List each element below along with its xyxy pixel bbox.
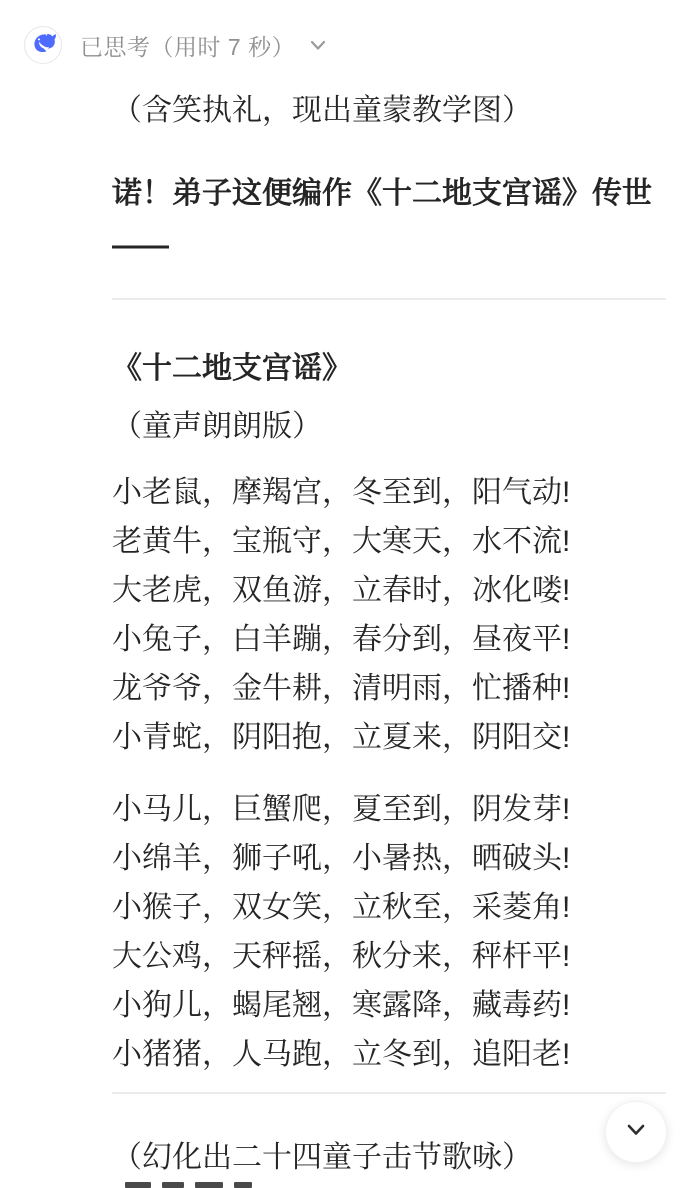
thought-status-label: 已思考（用时 7 秒） — [80, 29, 295, 62]
poem-line: 小马儿，巨蟹爬，夏至到，阴发芽! — [112, 785, 570, 834]
clipped-next-line-fragments — [125, 1182, 252, 1188]
thought-status-toggle[interactable]: 已思考（用时 7 秒） — [80, 29, 329, 62]
poem-line: 小青蛇，阴阳抱，立夏来，阴阳交! — [112, 713, 570, 762]
poem-line: 小猴子，双女笑，立秋至，采菱角! — [112, 883, 570, 932]
poem-line: 小绵羊，狮子吼，小暑热，晒破头! — [112, 834, 570, 883]
poem-line: 龙爷爷，金牛耕，清明雨，忙播种! — [112, 664, 570, 713]
poem-line: 小兔子，白羊蹦，春分到，昼夜平! — [112, 615, 570, 664]
thought-header: 已思考（用时 7 秒） — [24, 26, 329, 64]
section-divider — [112, 1092, 666, 1094]
poem-line: 大老虎，双鱼游，立春时，冰化喽! — [112, 566, 570, 615]
intro-line-1: 诺！弟子这便编作《十二地支宫谣》传世 — [112, 168, 652, 220]
poem-line: 大公鸡，天秤摇，秋分来，秤杆平! — [112, 932, 570, 981]
poem-line: 小狗儿，蝎尾翘，寒露降，藏毒药! — [112, 981, 570, 1030]
intro-line-2: —— — [112, 220, 166, 272]
stage-direction-text: （含笑执礼，现出童蒙教学图） — [112, 86, 532, 135]
chat-message-view: 已思考（用时 7 秒） （含笑执礼，现出童蒙教学图） 诺！弟子这便编作《十二地支… — [0, 0, 690, 1188]
poem-title: 《十二地支宫谣》 — [112, 344, 352, 393]
section-divider — [112, 298, 666, 300]
poem-subtitle: （童声朗朗版） — [112, 402, 322, 451]
poem-line: 小猪猪，人马跑，立冬到，追阳老! — [112, 1030, 570, 1079]
scroll-to-bottom-button[interactable] — [605, 1101, 667, 1163]
avatar — [24, 26, 62, 64]
poem-line: 小老鼠，摩羯宫，冬至到，阳气动! — [112, 468, 570, 517]
closing-direction-text: （幻化出二十四童子击节歌咏） — [112, 1133, 532, 1182]
chevron-down-icon — [621, 1115, 651, 1150]
chevron-down-icon[interactable] — [307, 34, 329, 56]
deepseek-whale-icon — [30, 29, 57, 61]
poem-line: 老黄牛，宝瓶守，大寒天，水不流! — [112, 517, 570, 566]
